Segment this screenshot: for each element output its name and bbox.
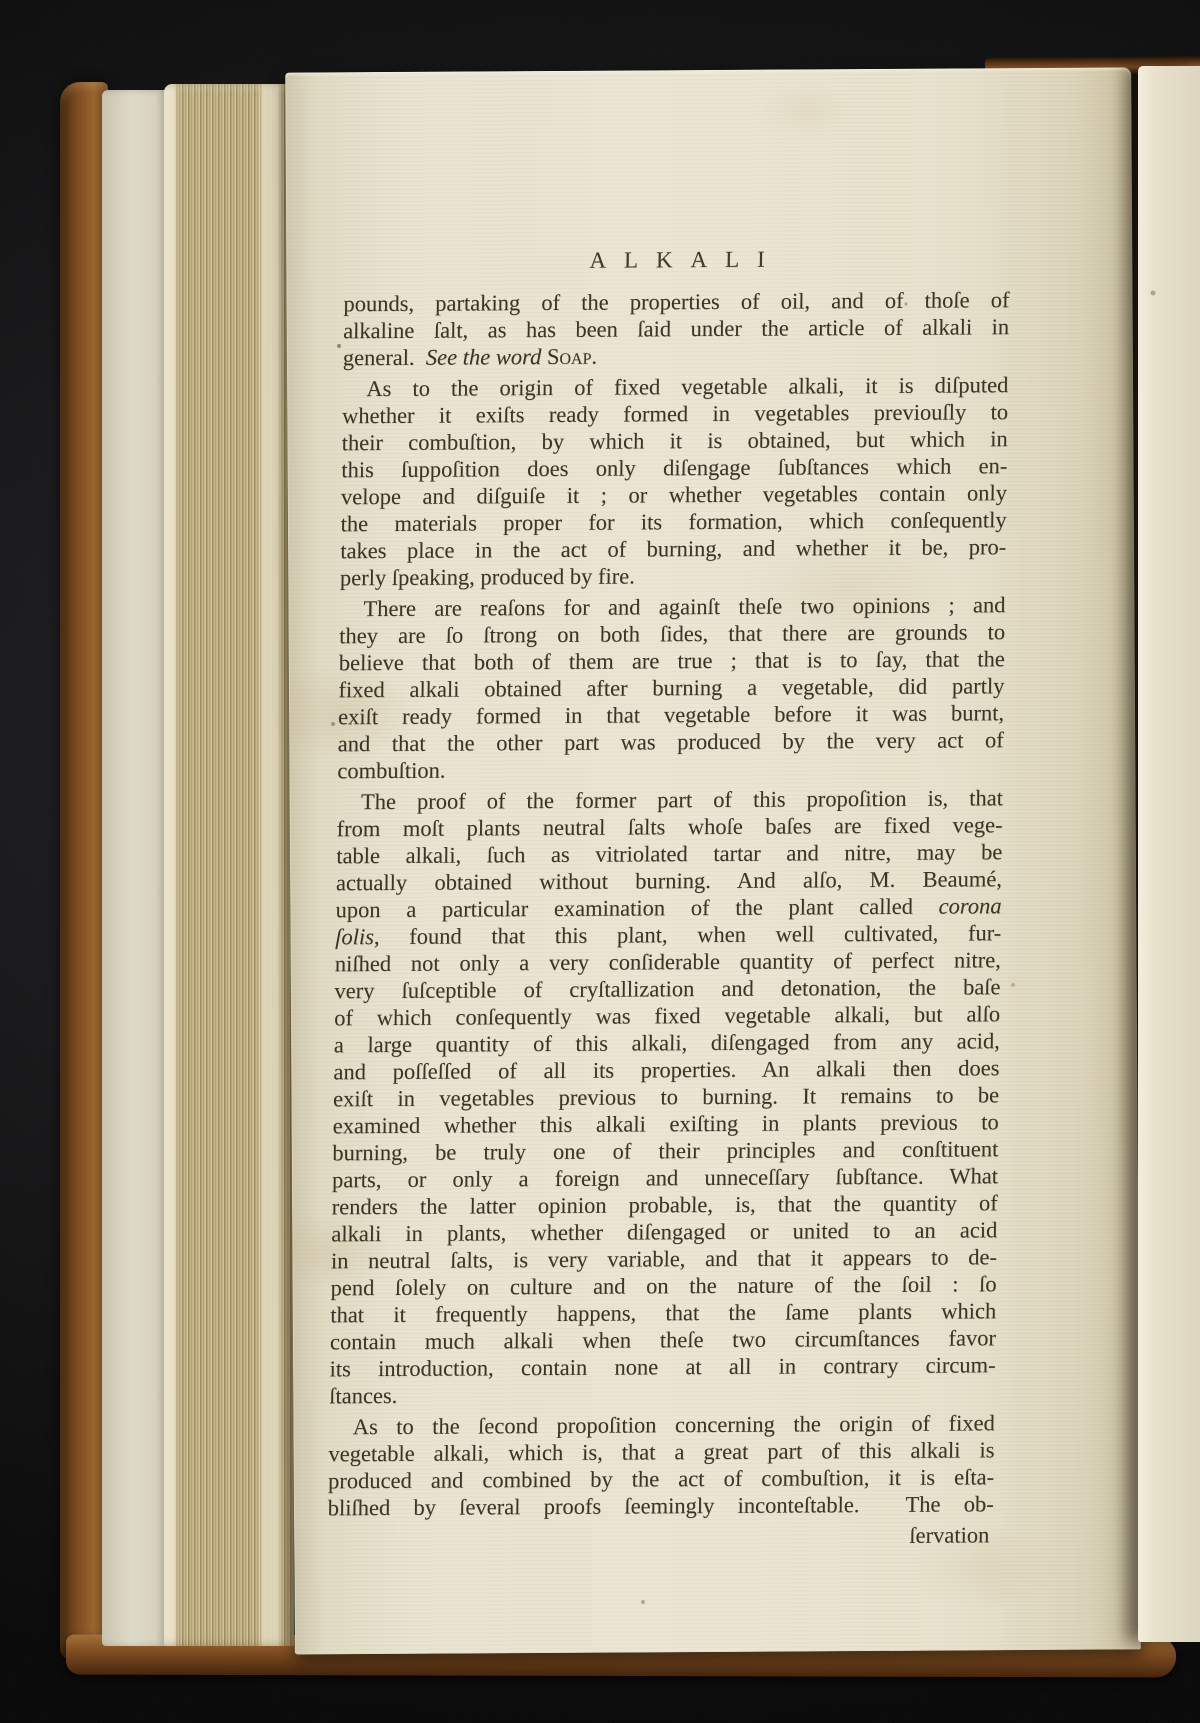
page-text: ALKALI pounds, partaking of the properti… [327,244,1010,1552]
text-line: vegetable alkali, which is, that a great… [328,1436,994,1467]
book-photo: ALKALI pounds, partaking of the properti… [0,0,1200,1723]
text-line: exiſt ready formed in that vegetable bef… [338,699,1004,730]
book-page: ALKALI pounds, partaking of the properti… [285,67,1141,1654]
text-line: There are reaſons for and againſt theſe … [339,591,1005,622]
text-line: their combuſtion, by which it is obtaine… [342,425,1008,456]
text-line: exiſt in vegetables previous to burning.… [333,1081,999,1112]
text-line: ſtances. [329,1378,995,1409]
text-line: the materials proper for its formation, … [340,506,1006,537]
book-cover-left-edge [60,82,108,1660]
text-line: pend ſolely on culture and on the nature… [330,1270,996,1301]
paragraph: The proof of the former part of this pro… [329,784,1003,1409]
text-line: renders the latter opinion probable, is,… [332,1189,998,1220]
paragraph: As to the origin of fixed vegetable alka… [340,371,1009,591]
text-line: fixed alkali obtained after burning a ve… [338,672,1004,703]
text-line: very ſuſceptible of cryſtallization and … [334,973,1000,1004]
text-line: contain much alkali when theſe two circu… [330,1324,996,1355]
text-line: and that the other part was produced by … [338,726,1004,757]
text-line: bliſhed by ſeveral proofs ſeemingly inco… [328,1490,994,1521]
text-line: believe that both of them are true ; tha… [339,645,1005,676]
text-line: alkaline ſalt, as has been ſaid under th… [343,313,1009,344]
text-line: upon a particular examination of the pla… [335,892,1001,923]
text-line: actually obtained without burning. And a… [336,865,1002,896]
text-line: a large quantity of this alkali, diſenga… [334,1027,1000,1058]
text-line: The proof of the former part of this pro… [337,784,1003,815]
text-line: velope and diſguiſe it ; or whether vege… [341,479,1007,510]
text-line: burning, be truly one of their principle… [332,1135,998,1166]
text-line: ſolis, found that this plant, when well … [335,919,1001,950]
text-line: this ſuppoſition does only diſengage ſub… [341,452,1007,483]
text-line: general. See the word Soap. [343,340,1009,371]
page-fore-edges [164,84,294,1646]
text-line: table alkali, ſuch as vitriolated tartar… [336,838,1002,869]
paragraph: pounds, partaking of the properties of o… [343,286,1010,371]
text-line: perly ſpeaking, produced by fire. [340,560,1006,591]
dust-specks [0,0,2,2]
text-line: from moſt plants neutral ſalts whoſe baſ… [336,811,1002,842]
text-line: examined whether this alkali exiſting in… [333,1108,999,1139]
text-line: parts, or only a foreign and unneceſſary… [332,1162,998,1193]
text-line: of which conſequently was fixed vegetabl… [334,1000,1000,1031]
page-paragraphs: pounds, partaking of the properties of o… [328,286,1010,1521]
endpaper [102,90,166,1646]
text-line: whether it exiſts ready formed in vegeta… [342,398,1008,429]
text-line: its introduction, contain none at all in… [329,1351,995,1382]
paragraph: As to the ſecond propoſition concerning … [328,1409,995,1521]
page-header: ALKALI [344,244,1010,275]
catchword: ſervation [327,1521,993,1552]
text-line: in neutral ſalts, is very variable, and … [331,1243,997,1274]
text-line: takes place in the act of burning, and w… [340,533,1006,564]
paragraph: There are reaſons for and againſt theſe … [337,591,1005,784]
facing-page-edge [1138,66,1200,1642]
text-line: alkali in plants, whether diſengaged or … [331,1216,997,1247]
text-line: niſhed not only a very conſiderable quan… [335,946,1001,977]
text-line: they are ſo ſtrong on both ſides, that t… [339,618,1005,649]
text-line: As to the origin of fixed vegetable alka… [342,371,1008,402]
text-line: combuſtion. [337,753,1003,784]
text-line: pounds, partaking of the properties of o… [343,286,1009,317]
text-line: and poſſeſſed of all its properties. An … [333,1054,999,1085]
text-line: produced and combined by the act of comb… [328,1463,994,1494]
text-line: As to the ſecond propoſition concerning … [329,1409,995,1440]
text-line: that it frequently happens, that the ſam… [330,1297,996,1328]
